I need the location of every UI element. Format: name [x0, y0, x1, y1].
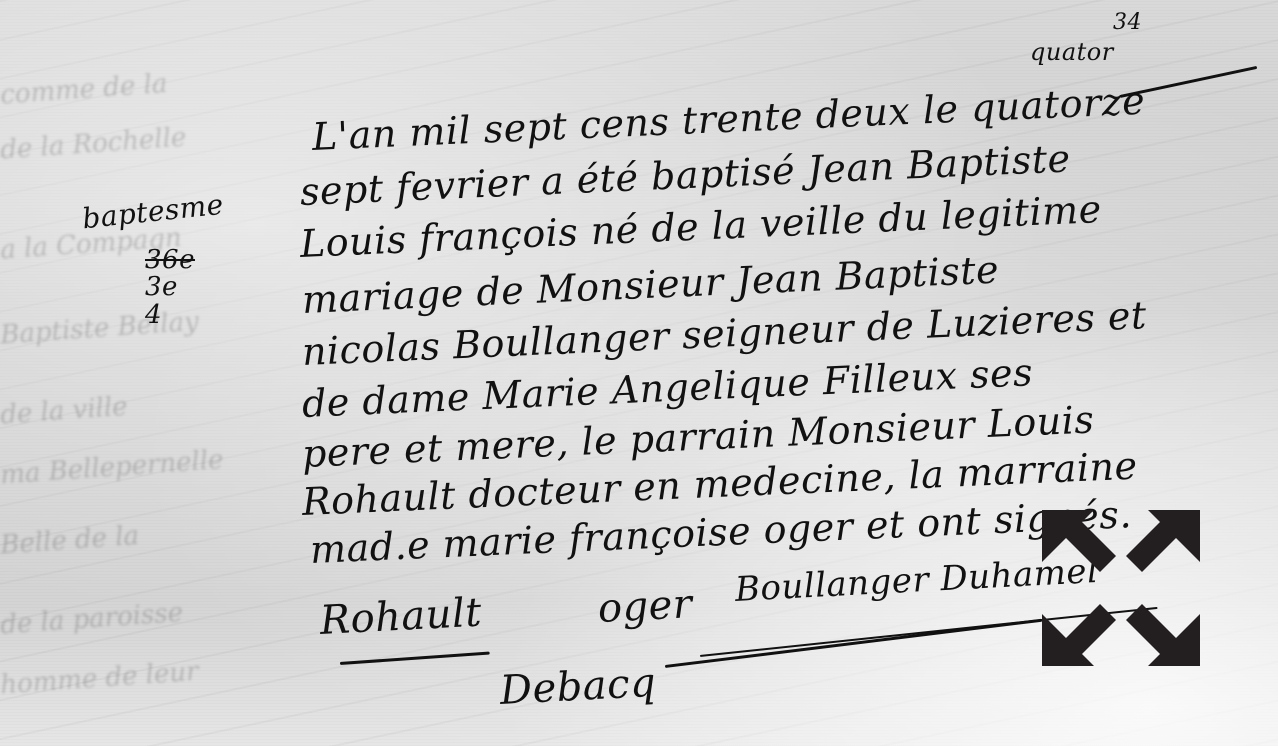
- signature-rohault: Rohault: [319, 590, 483, 644]
- margin-number-corrected: 3e: [145, 272, 178, 302]
- bleed-through-text: ma Bellepernelle: [0, 440, 301, 491]
- signature-flourish: [340, 652, 490, 665]
- signature-oger: oger: [597, 581, 694, 632]
- bleed-through-text: de la Rochelle: [0, 115, 301, 166]
- bleed-through-text: comme de la: [0, 60, 301, 111]
- bleed-through-text: de la paroisse: [0, 590, 301, 641]
- signature-debacq: Debacq: [499, 660, 657, 714]
- expand-button[interactable]: [1042, 510, 1200, 666]
- expand-arrows-icon: [1042, 510, 1200, 666]
- folio-number: 34: [1113, 10, 1142, 35]
- document-scan: comme de la de la Rochelle a la Compagn …: [0, 0, 1278, 746]
- bleed-through-text: de la ville: [0, 380, 301, 431]
- margin-number-struck: 36e: [145, 245, 195, 275]
- margin-number-final: 4: [145, 300, 162, 330]
- bleed-through-text: Belle de la: [0, 510, 301, 561]
- bleed-through-text: homme de leur: [0, 650, 301, 701]
- top-word: quator: [1030, 38, 1114, 66]
